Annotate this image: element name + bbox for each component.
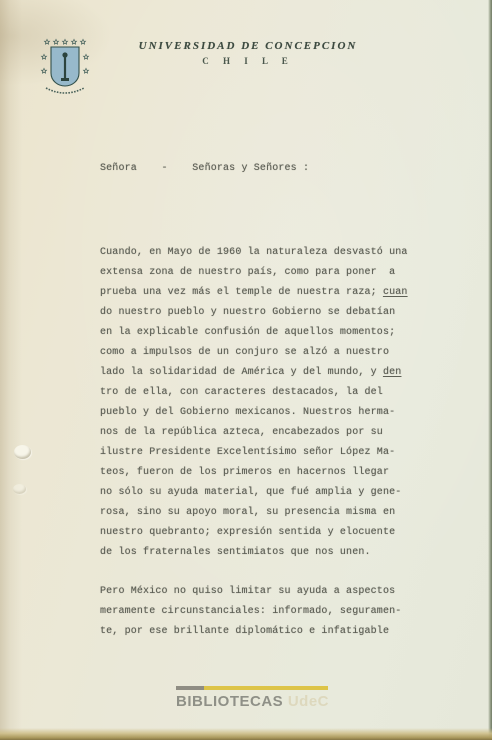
biblioteca-watermark: BIBLIOTECAS UdeC [176, 686, 336, 710]
typed-line: Cuando, en Mayo de 1960 la naturaleza de… [100, 243, 408, 263]
typed-line: no sólo su ayuda material, que fué ampli… [100, 483, 408, 503]
letterhead-university-name: UNIVERSIDAD DE CONCEPCION [126, 40, 370, 52]
scanned-document-page: UNIVERSIDAD DE CONCEPCION C H I L E Seño… [0, 0, 492, 740]
paragraph-2: Pero México no quiso limitar su ayuda a … [100, 582, 401, 642]
typed-line: en la explicable confusión de aquellos m… [100, 323, 408, 343]
watermark-bar-yellow-segment [204, 686, 328, 690]
university-crest-icon [37, 36, 93, 104]
typed-line: extensa zona de nuestro país, como para … [100, 263, 408, 283]
watermark-bar [176, 686, 328, 690]
typed-line: te, por ese brillante diplomático e infa… [100, 622, 401, 642]
typed-line: nuestro quebranto; expresión sentida y e… [100, 523, 408, 543]
typed-line: Pero México no quiso limitar su ayuda a … [100, 582, 401, 602]
punch-hole [13, 484, 26, 494]
paper-left-edge-shadow [0, 0, 22, 740]
watermark-text: BIBLIOTECAS UdeC [176, 693, 336, 710]
watermark-suffix: UdeC [288, 693, 329, 710]
typed-line: teos, fueron de los primeros en hacernos… [100, 463, 408, 483]
watermark-label: BIBLIOTECAS [176, 693, 288, 710]
typed-line: meramente circunstanciales: informado, s… [100, 602, 401, 622]
paper-right-edge [488, 0, 492, 740]
typed-line: tro de ella, con caracteres destacados, … [100, 383, 408, 403]
typed-line: lado la solidaridad de América y del mun… [100, 363, 408, 383]
typed-line: rosa, sino su apoyo moral, su presencia … [100, 503, 408, 523]
typed-line: nos de la república azteca, encabezados … [100, 423, 408, 443]
typed-line: como a impulsos de un conjuro se alzó a … [100, 343, 408, 363]
typed-line: do nuestro pueblo y nuestro Gobierno se … [100, 303, 408, 323]
letterhead-country: C H I L E [126, 56, 370, 66]
typed-line: ilustre Presidente Excelentísimo señor L… [100, 443, 408, 463]
salutation-line: Señora - Señoras y Señores : [100, 163, 309, 174]
paper-bottom-edge [0, 728, 492, 740]
typed-line: pueblo y del Gobierno mexicanos. Nuestro… [100, 403, 408, 423]
punch-hole [14, 445, 31, 459]
watermark-bar-gray-segment [176, 686, 204, 690]
paragraph-1: Cuando, en Mayo de 1960 la naturaleza de… [100, 243, 408, 563]
typed-line: prueba una vez más el temple de nuestra … [100, 283, 408, 303]
typed-line: de los fraternales sentimiatos que nos u… [100, 543, 408, 563]
